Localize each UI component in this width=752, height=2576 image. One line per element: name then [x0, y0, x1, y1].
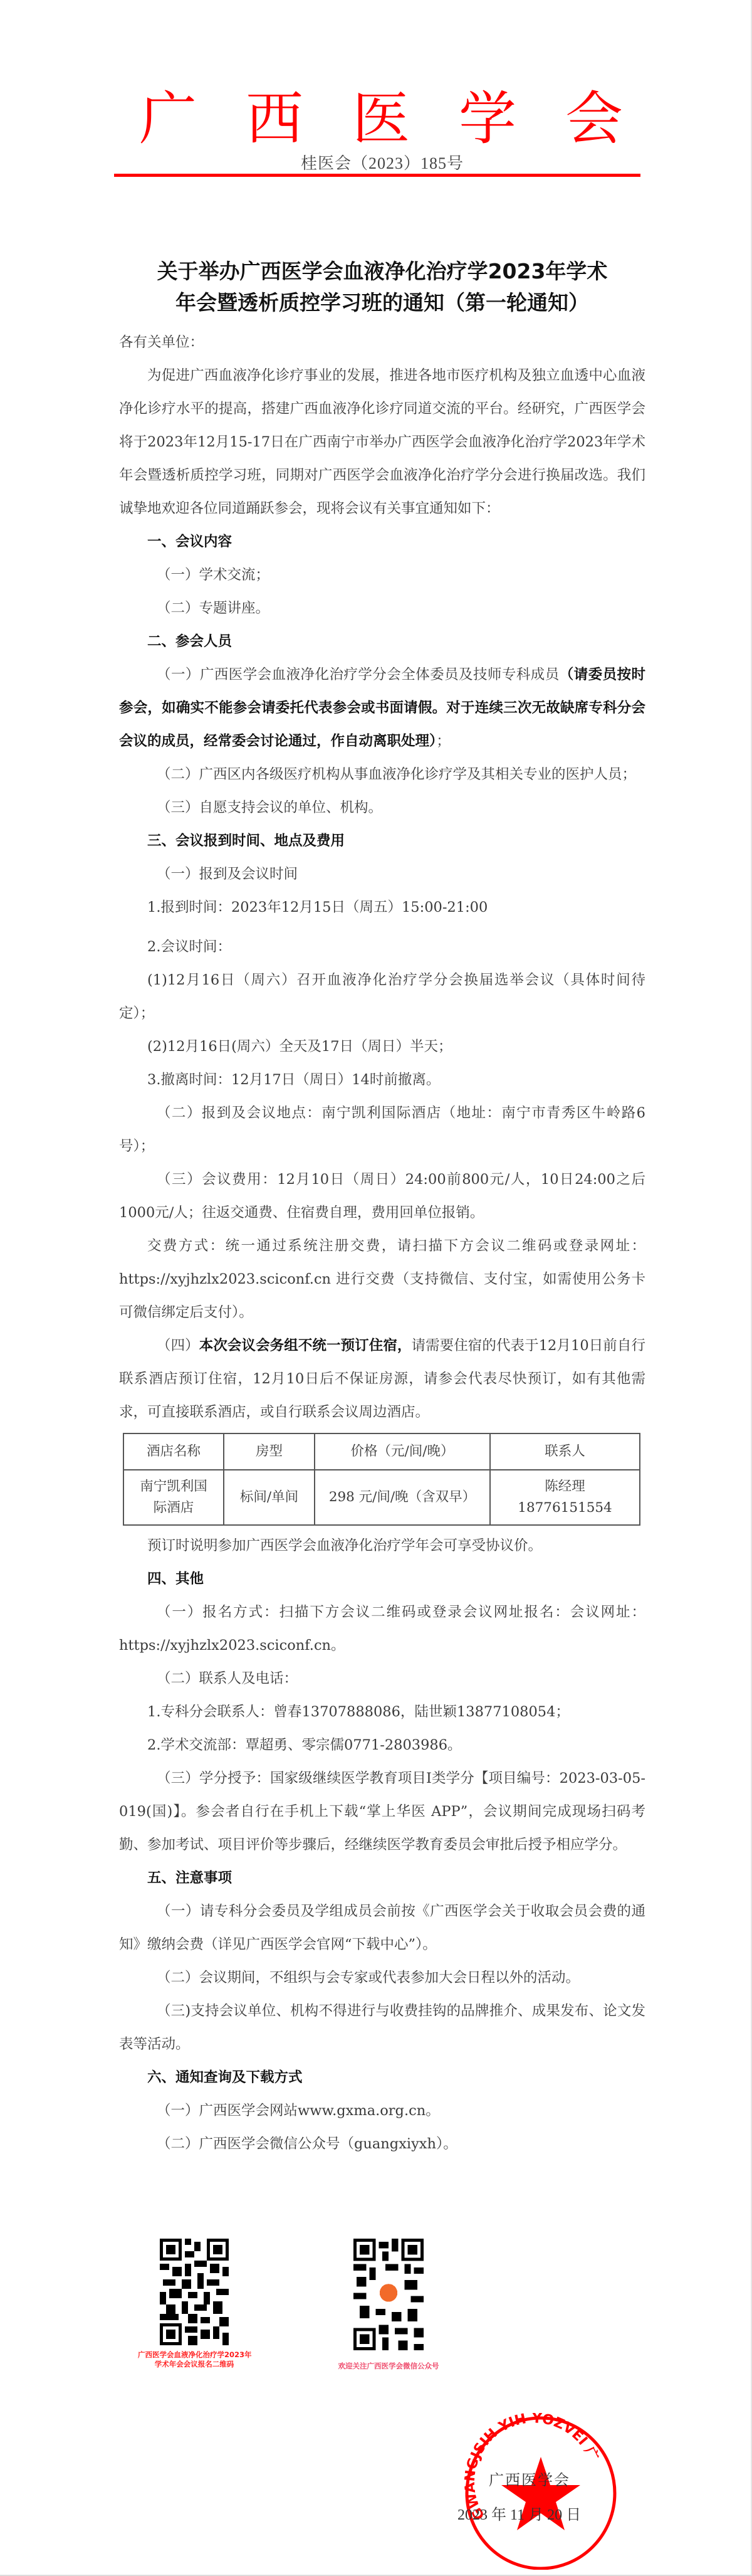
room-type-cell: 标间/单间	[224, 1470, 315, 1525]
table-header-row: 酒店名称 房型 价格（元/间/晚） 联系人	[123, 1433, 640, 1470]
spacer	[119, 924, 645, 931]
website-item: （一）广西医学会网站www.gxma.org.cn。	[119, 2094, 645, 2128]
contact-cell: 陈经理 18776151554	[490, 1470, 640, 1525]
contacts-label: （二）联系人及电话：	[119, 1662, 645, 1696]
checkin-time: 1.报到时间：2023年12月15日（周五）15:00-21:00	[119, 891, 645, 924]
notice-title-line2: 年会暨透析质控学习班的通知（第一轮通知）	[138, 287, 627, 319]
hotel-name-cell: 南宁凯利国 际酒店	[123, 1470, 224, 1525]
wechat-qr-caption: 欢迎关注广西医学会微信公众号	[332, 2362, 445, 2371]
qr-code-icon[interactable]	[353, 2239, 424, 2350]
section-heading-5: 五、注意事项	[119, 1862, 645, 1895]
section2-item-1-text: （一）广西医学会血液净化治疗学分会全体委员及技师专科成员	[157, 667, 560, 683]
letterhead-char: 西	[243, 88, 306, 150]
table-row: 南宁凯利国 际酒店 标间/单间 298 元/间/晚（含双早） 陈经理 18776…	[123, 1470, 640, 1525]
signature-date: 2023 年 11 月 20 日	[457, 2502, 581, 2524]
contact-phone: 18776151554	[493, 1497, 637, 1519]
hotel-note: 预订时说明参加广西医学会血液净化治疗学年会可享受协议价。	[119, 1529, 645, 1563]
venue: （二）报到及会议地点：南宁凯利国际酒店（地址：南宁市青秀区牛岭路6号）；	[119, 1097, 645, 1163]
section-heading-1: 一、会议内容	[119, 525, 645, 559]
hotel-name-line: 际酒店	[127, 1497, 221, 1519]
notice-item-1: （一）请专科分会委员及学组成员会前按《广西医学会关于收取会员会费的通知》缴纳会费…	[119, 1895, 645, 1961]
contact-2: 2.学术交流部：覃超勇、零宗儒0771-2803986。	[119, 1729, 645, 1762]
wechat-item: （二）广西医学会微信公众号（guangxiyxh）。	[119, 2128, 645, 2161]
leave-time: 3.撤离时间：12月17日（周日）14时前撤离。	[119, 1064, 645, 1097]
qr-code-icon[interactable]	[160, 2239, 229, 2345]
credit-info: （三）学分授予：国家级继续医学教育项目Ⅰ类学分【项目编号：2023-03-05-…	[119, 1762, 645, 1862]
letterhead-red-rule	[114, 174, 640, 177]
contact-name: 陈经理	[493, 1476, 637, 1497]
notice-body: 各有关单位： 为促进广西血液净化诊疗事业的发展，推进各地市医疗机构及独立血透中心…	[119, 326, 645, 2161]
letterhead-char: 会	[563, 88, 625, 150]
org-logo-icon	[380, 2284, 397, 2301]
notice-item-2: （二）会议期间，不组织与会专家或代表参加大会日程以外的活动。	[119, 1961, 645, 1995]
qr-caption-line: 学术年会会议报名二维码	[138, 2360, 251, 2369]
section2-item-3: （三）自愿支持会议的单位、机构。	[119, 791, 645, 825]
registration-qr-caption: 广西医学会血液净化治疗学2023年 学术年会会议报名二维码	[138, 2350, 251, 2369]
registration-qr-block: 广西医学会血液净化治疗学2023年 学术年会会议报名二维码	[138, 2239, 251, 2369]
section3-sub-1: （一）报到及会议时间	[119, 858, 645, 891]
notice-title: 关于举办广西医学会血液净化治疗学2023年学术 年会暨透析质控学习班的通知（第一…	[138, 256, 627, 319]
contact-1: 1.专科分会联系人：曾春13707888086，陆世颖13877108054；	[119, 1696, 645, 1729]
section-heading-2: 二、参会人员	[119, 625, 645, 658]
letterhead-char: 广	[137, 88, 199, 150]
qr-caption-line: 广西医学会血液净化治疗学2023年	[138, 2350, 251, 2360]
section1-item: （一）学术交流；	[119, 559, 645, 592]
table-header: 价格（元/间/晚）	[315, 1433, 490, 1470]
signature-org: 广西医学会	[489, 2468, 570, 2489]
intro-paragraph: 为促进广西血液净化诊疗事业的发展，推进各地市医疗机构及独立血透中心血液净化诊疗水…	[119, 359, 645, 525]
hotel-table: 酒店名称 房型 价格（元/间/晚） 联系人 南宁凯利国 际酒店 标间/单间 29…	[123, 1433, 640, 1526]
table-header: 酒店名称	[123, 1433, 224, 1470]
section-heading-3: 三、会议报到时间、地点及费用	[119, 825, 645, 858]
meeting-time-1: (1)12月16日（周六）召开血液净化治疗学分会换届选举会议（具体时间待定）；	[119, 964, 645, 1030]
document-number: 桂医会（2023）185号	[119, 150, 645, 174]
payment-method: 交费方式：统一通过系统注册交费，请扫描下方会议二维码或登录网址：https://…	[119, 1230, 645, 1329]
meeting-time-label: 2.会议时间：	[119, 931, 645, 964]
section-heading-4: 四、其他	[119, 1563, 645, 1596]
registration-method: （一）报名方式：扫描下方会议二维码或登录会议网址报名：会议网址：https://…	[119, 1596, 645, 1662]
section2-item-1-suffix: ；	[436, 733, 451, 749]
table-header: 房型	[224, 1433, 315, 1470]
letterhead-char: 医	[350, 88, 412, 150]
meeting-time-2: (2)12月16日(周六）全天及17日（周日）半天；	[119, 1030, 645, 1064]
lodging-note: （四）本次会议会务组不统一预订住宿，请需要住宿的代表于12月10日前自行联系酒店…	[119, 1329, 645, 1429]
notice-item-3: （三)支持会议单位、机构不得进行与收费挂钩的品牌推介、成果发布、论文发表等活动。	[119, 1995, 645, 2061]
section2-item-2: （二）广西区内各级医疗机构从事血液净化诊疗学及其相关专业的医护人员；	[119, 758, 645, 791]
wechat-qr-block: 欢迎关注广西医学会微信公众号	[332, 2239, 445, 2371]
qr-code-row: 广西医学会血液净化治疗学2023年 学术年会会议报名二维码	[119, 2239, 645, 2377]
qr-caption-line: 欢迎关注广西医学会微信公众号	[332, 2362, 445, 2371]
letterhead-org-name: 广 西 医 学 会	[137, 88, 625, 150]
section2-item-1: （一）广西医学会血液净化治疗学分会全体委员及技师专科成员（请委员按时参会，如确实…	[119, 658, 645, 758]
meeting-fee: （三）会议费用：12月10日（周日）24:00前800元/人，10日24:00之…	[119, 1163, 645, 1230]
price-cell: 298 元/间/晚（含双早）	[315, 1470, 490, 1525]
lodging-bold: 本次会议会务组不统一预订住宿，	[199, 1338, 412, 1354]
notice-title-line1: 关于举办广西医学会血液净化治疗学2023年学术	[138, 256, 627, 287]
letterhead-char: 学	[456, 88, 519, 150]
salutation: 各有关单位：	[119, 326, 645, 359]
official-seal-icon: GWANGJSIH YIH YOZVEI 广 西 医 学 会	[462, 2413, 619, 2570]
section-heading-6: 六、通知查询及下载方式	[119, 2061, 645, 2094]
hotel-name-line: 南宁凯利国	[127, 1476, 221, 1497]
section1-item: （二）专题讲座。	[119, 592, 645, 625]
table-header: 联系人	[490, 1433, 640, 1470]
lodging-prefix: （四）	[157, 1338, 199, 1354]
